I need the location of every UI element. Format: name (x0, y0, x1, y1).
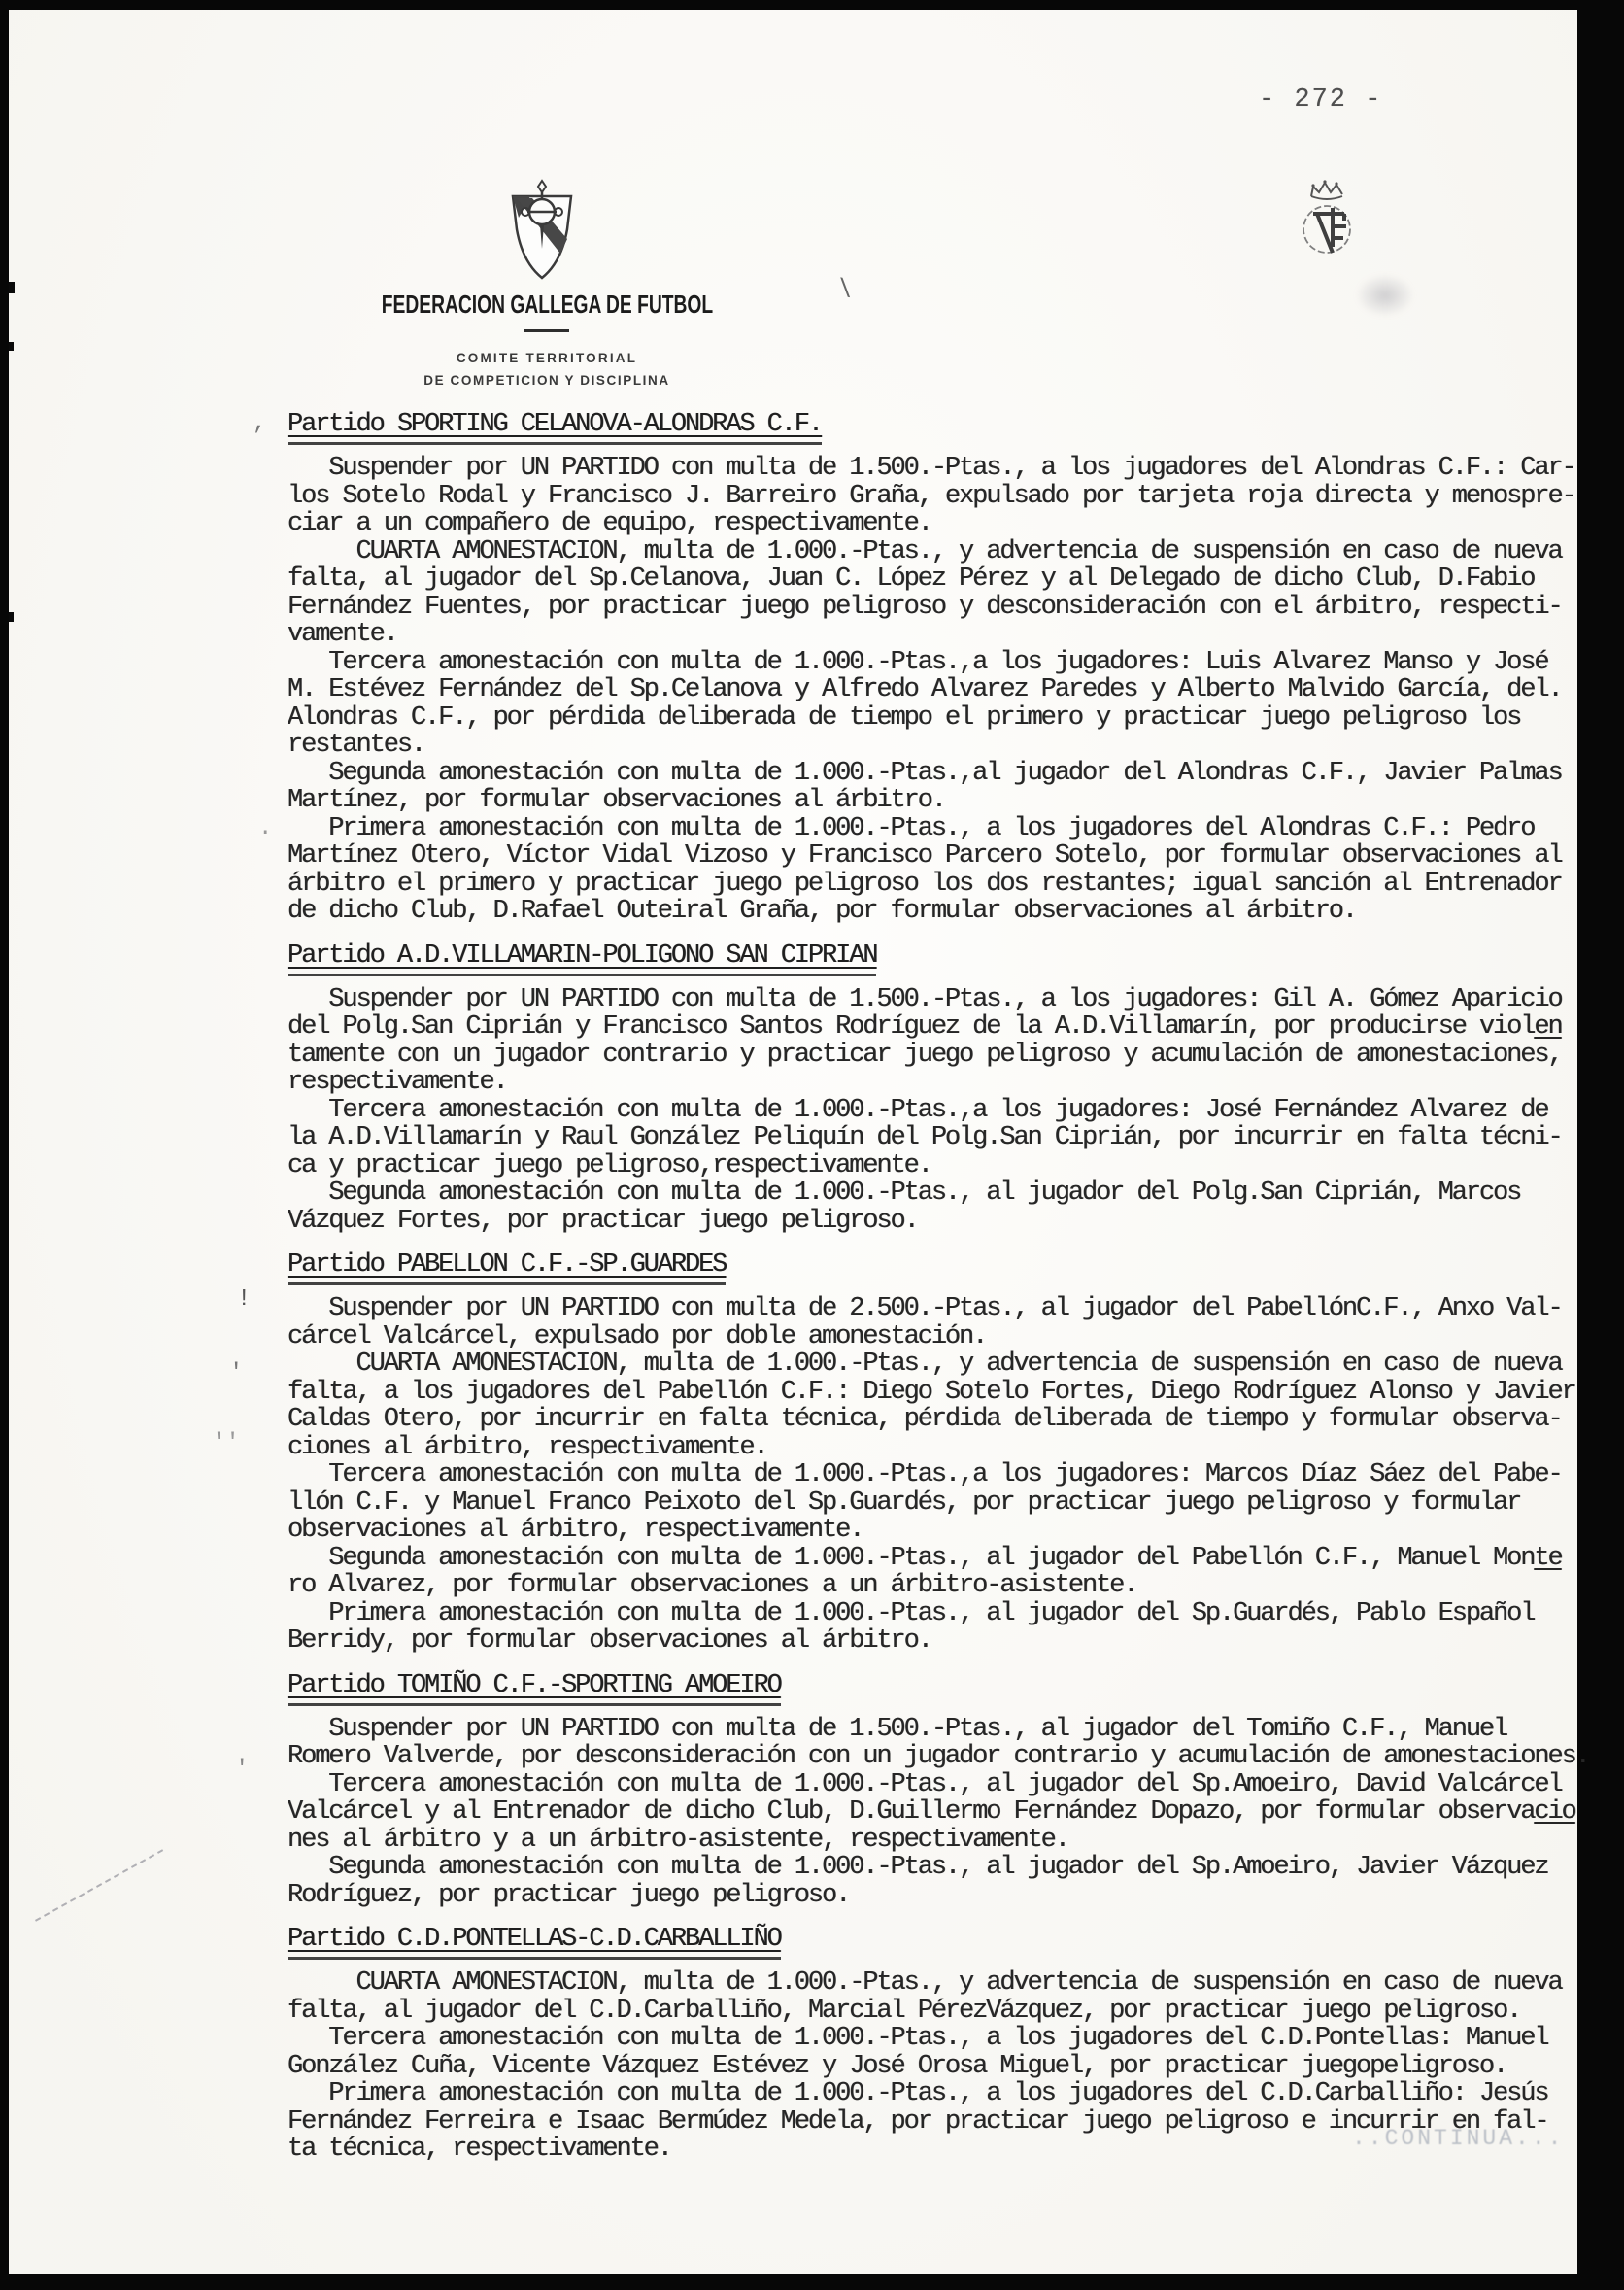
margin-mark: · (258, 822, 272, 845)
sanction-paragraph: Tercera amonestación con multa de 1.000.… (288, 1097, 1583, 1180)
smudge-artifact (1356, 274, 1414, 317)
text-line: Primera amonestación con multa de 1.000.… (288, 815, 1583, 843)
federation-crest-icon (505, 179, 579, 282)
text-line: Martínez Otero, Víctor Vidal Vizoso y Fr… (288, 842, 1583, 871)
text-line: Segunda amonestación con multa de 1.000.… (288, 1545, 1583, 1573)
text-line: Rodríguez, por practicar juego peligroso… (288, 1882, 1583, 1910)
sanction-paragraph: Segunda amonestación con multa de 1.000.… (288, 1179, 1583, 1235)
underlined-syllable: en (1534, 1012, 1561, 1042)
text-line: ca y practicar juego peligroso,respectiv… (288, 1152, 1583, 1180)
partido-heading: Partido PABELLON C.F.-SP.GUARDES (288, 1250, 1583, 1285)
typewritten-body: Partido SPORTING CELANOVA-ALONDRAS C.F. … (288, 410, 1583, 2164)
text-line: CUARTA AMONESTACION, multa de 1.000.-Pta… (288, 538, 1583, 566)
partido-heading: Partido TOMIÑO C.F.-SPORTING AMOEIRO (288, 1671, 1583, 1706)
partido-heading: Partido C.D.PONTELLAS-C.D.CARBALLIÑO (288, 1925, 1583, 1960)
text-line: vamente. (288, 621, 1583, 649)
committee-line2: DE COMPETICION Y DISCIPLINA (323, 373, 770, 388)
sanction-paragraph: Tercera amonestación con multa de 1.000.… (288, 649, 1583, 760)
sanction-paragraph: Segunda amonestación con multa de 1.000.… (288, 1545, 1583, 1600)
text-line: Primera amonestación con multa de 1.000.… (288, 2080, 1583, 2108)
text-line: Romero Valverde, por desconsideración co… (288, 1743, 1583, 1771)
sanction-paragraph: Suspender por UN PARTIDO con multa de 1.… (288, 455, 1583, 538)
sanction-paragraph: Primera amonestación con multa de 1.000.… (288, 1600, 1583, 1656)
margin-mark: , (253, 412, 266, 435)
text-line: restantes. (288, 732, 1583, 760)
margin-mark: ' (235, 1759, 249, 1782)
text-line: los Sotelo Rodal y Francisco J. Barreiro… (288, 483, 1583, 511)
text-line: Berridy, por formular observaciones al á… (288, 1627, 1583, 1656)
letterhead-rule (524, 329, 569, 332)
text-line: árbitro el primero y practicar juego pel… (288, 871, 1583, 899)
text-line: Alondras C.F., por pérdida deliberada de… (288, 704, 1583, 733)
text-line: la A.D.Villamarín y Raul González Peliqu… (288, 1124, 1583, 1152)
text-line: llón C.F. y Manuel Franco Peixoto del Sp… (288, 1489, 1583, 1518)
text-line: cárcel Valcárcel, expulsado por doble am… (288, 1323, 1583, 1351)
text-line: Tercera amonestación con multa de 1.000.… (288, 1461, 1583, 1489)
text-line: Primera amonestación con multa de 1.000.… (288, 1600, 1583, 1628)
text-line: respectivamente. (288, 1069, 1583, 1097)
sanction-paragraph: CUARTA AMONESTACION, multa de 1.000.-Pta… (288, 538, 1583, 649)
scan-border-artifact (9, 612, 14, 622)
partido-section: Partido A.D.VILLAMARIN-POLIGONO SAN CIPR… (288, 941, 1583, 1236)
text-line: CUARTA AMONESTACION, multa de 1.000.-Pta… (288, 1350, 1583, 1379)
sanction-paragraph: Suspender por UN PARTIDO con multa de 1.… (288, 986, 1583, 1097)
text-line: Suspender por UN PARTIDO con multa de 1.… (288, 455, 1583, 483)
federation-name: FEDERACION GALLEGA DE FUTBOL (382, 290, 712, 320)
text-line: del Polg.San Ciprián y Francisco Santos … (288, 1013, 1583, 1042)
text-line: Tercera amonestación con multa de 1.000.… (288, 1771, 1583, 1799)
partido-section: Partido SPORTING CELANOVA-ALONDRAS C.F. … (288, 410, 1583, 926)
partido-heading-text: Partido SPORTING CELANOVA-ALONDRAS C.F. (288, 410, 822, 445)
page-number: - 272 - (1259, 85, 1382, 115)
text-line: Segunda amonestación con multa de 1.000.… (288, 1179, 1583, 1208)
sanction-paragraph: Segunda amonestación con multa de 1.000.… (288, 760, 1583, 815)
text-line: Tercera amonestación con multa de 1.000.… (288, 1097, 1583, 1125)
sanction-paragraph: Suspender por UN PARTIDO con multa de 2.… (288, 1295, 1583, 1350)
text-line: Tercera amonestación con multa de 1.000.… (288, 2025, 1583, 2053)
partido-heading-text: Partido TOMIÑO C.F.-SPORTING AMOEIRO (288, 1671, 781, 1706)
text-line: Suspender por UN PARTIDO con multa de 1.… (288, 986, 1583, 1014)
text-line: Caldas Otero, por incurrir en falta técn… (288, 1406, 1583, 1434)
letterhead: FEDERACION GALLEGA DE FUTBOL COMITE TERR… (323, 290, 770, 388)
sanction-paragraph: CUARTA AMONESTACION, multa de 1.000.-Pta… (288, 1350, 1583, 1461)
text-line: Segunda amonestación con multa de 1.000.… (288, 1854, 1583, 1882)
text-line: Martínez, por formular observaciones al … (288, 787, 1583, 815)
margin-mark: '' (212, 1432, 240, 1455)
text-line: ciar a un compañero de equipo, respectiv… (288, 510, 1583, 538)
text-line: CUARTA AMONESTACION, multa de 1.000.-Pta… (288, 1969, 1583, 1998)
text-line: tamente con un jugador contrario y pract… (288, 1042, 1583, 1070)
text-line: Valcárcel y al Entrenador de dicho Club,… (288, 1798, 1583, 1827)
continua-note: ..CONTINUA... (1352, 2126, 1564, 2151)
text-line: Segunda amonestación con multa de 1.000.… (288, 760, 1583, 788)
partido-heading: Partido A.D.VILLAMARIN-POLIGONO SAN CIPR… (288, 941, 1583, 976)
sanction-paragraph: Segunda amonestación con multa de 1.000.… (288, 1854, 1583, 1909)
text-line: Suspender por UN PARTIDO con multa de 2.… (288, 1295, 1583, 1323)
scan-border-artifact (9, 282, 15, 293)
partido-section: Partido PABELLON C.F.-SP.GUARDES Suspend… (288, 1250, 1583, 1656)
text-line: Vázquez Fortes, por practicar juego peli… (288, 1208, 1583, 1236)
text-line: nes al árbitro y a un árbitro-asistente,… (288, 1827, 1583, 1855)
scan-border-artifact (9, 342, 14, 351)
margin-mark: ! (237, 1288, 251, 1312)
sanction-paragraph: Suspender por UN PARTIDO con multa de 1.… (288, 1716, 1583, 1771)
crown-monogram-icon (1298, 177, 1360, 266)
text-line: falta, al jugador del Sp.Celanova, Juan … (288, 565, 1583, 594)
partido-section: Partido TOMIÑO C.F.-SPORTING AMOEIRO Sus… (288, 1671, 1583, 1910)
text-line: Tercera amonestación con multa de 1.000.… (288, 649, 1583, 677)
document-scan: - 272 - FEDERACION GALLEGA DE FUTBOL C (0, 0, 1624, 2290)
text-line: González Cuña, Vicente Vázquez Estévez y… (288, 2053, 1583, 2081)
sanction-paragraph: Tercera amonestación con multa de 1.000.… (288, 1771, 1583, 1855)
text-line: observaciones al árbitro, respectivament… (288, 1517, 1583, 1545)
text-line: de dicho Club, D.Rafael Outeiral Graña, … (288, 898, 1583, 926)
text-line: falta, al jugador del C.D.Carballiño, Ma… (288, 1998, 1583, 2026)
text-line: Fernández Fuentes, por practicar juego p… (288, 594, 1583, 622)
sanction-paragraph: Primera amonestación con multa de 1.000.… (288, 815, 1583, 926)
committee-line1: COMITE TERRITORIAL (323, 351, 770, 365)
text-line: M. Estévez Fernández del Sp.Celanova y A… (288, 676, 1583, 704)
partido-heading-text: Partido A.D.VILLAMARIN-POLIGONO SAN CIPR… (288, 941, 876, 976)
sanction-paragraph: Tercera amonestación con multa de 1.000.… (288, 1461, 1583, 1545)
text-line: Suspender por UN PARTIDO con multa de 1.… (288, 1716, 1583, 1744)
margin-mark: ' (229, 1362, 243, 1385)
partido-heading: Partido SPORTING CELANOVA-ALONDRAS C.F. (288, 410, 1583, 445)
underlined-syllable: te (1534, 1544, 1561, 1573)
partido-heading-text: Partido PABELLON C.F.-SP.GUARDES (288, 1250, 726, 1285)
text-line: ro Alvarez, por formular observaciones a… (288, 1572, 1583, 1600)
sanction-paragraph: Tercera amonestación con multa de 1.000.… (288, 2025, 1583, 2080)
sanction-paragraph: CUARTA AMONESTACION, multa de 1.000.-Pta… (288, 1969, 1583, 2025)
partido-heading-text: Partido C.D.PONTELLAS-C.D.CARBALLIÑO (288, 1925, 781, 1960)
text-line: ciones al árbitro, respectivamente. (288, 1434, 1583, 1462)
text-line: falta, a los jugadores del Pabellón C.F.… (288, 1379, 1583, 1407)
underlined-syllable: cio (1534, 1797, 1574, 1827)
margin-mark: \ (835, 277, 854, 302)
